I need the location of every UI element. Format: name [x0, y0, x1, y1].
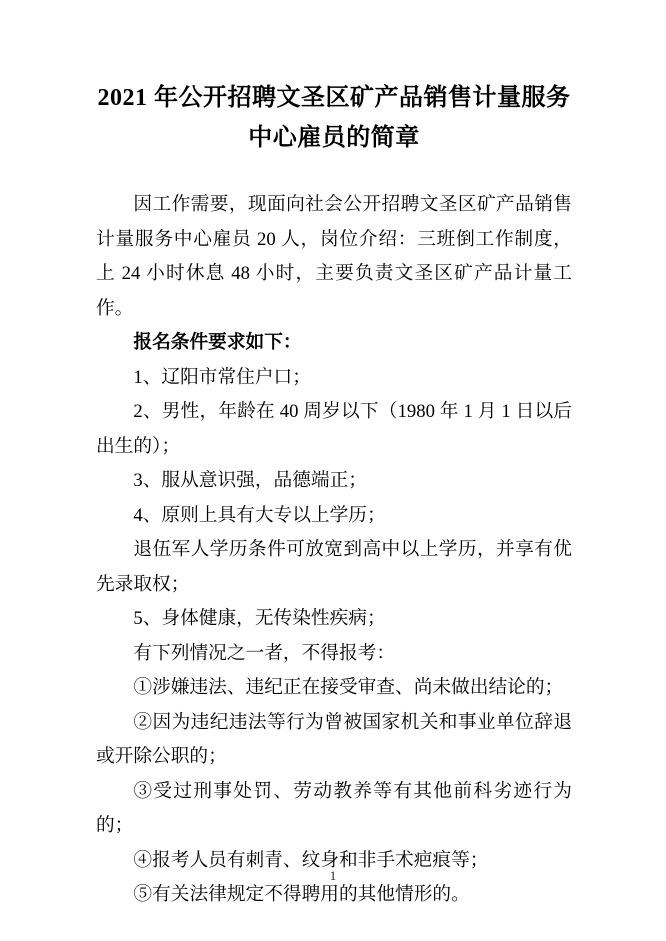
paragraph-exclusion-1: ①涉嫌违法、违纪正在接受审查、尚未做出结论的； [96, 671, 572, 706]
paragraph-exclusion-2: ②因为违纪违法等行为曾被国家机关和事业单位辞退或开除公职的； [96, 706, 572, 775]
paragraph-intro: 因工作需要，现面向社会公开招聘文圣区矿产品销售计量服务中心雇员 20 人，岗位介… [96, 188, 572, 326]
paragraph-condition-1: 1、辽阳市常住户口； [96, 361, 572, 396]
document-content: 2021 年公开招聘文圣区矿产品销售计量服务中心雇员的简章 因工作需要，现面向社… [96, 78, 572, 913]
paragraph-requirements-heading: 报名条件要求如下： [96, 326, 572, 361]
paragraph-condition-2: 2、男性，年龄在 40 周岁以下（1980 年 1 月 1 日以后出生的）； [96, 395, 572, 464]
paragraph-veteran-note: 退伍军人学历条件可放宽到高中以上学历，并享有优先录取权； [96, 533, 572, 602]
page-number: 1 [0, 868, 666, 884]
paragraph-condition-4: 4、原则上具有大专以上学历； [96, 499, 572, 534]
paragraph-exclusion-3: ③受过刑事处罚、劳动教养等有其他前科劣迹行为的； [96, 775, 572, 844]
paragraph-exclusions-heading: 有下列情况之一者，不得报考： [96, 637, 572, 672]
document-page: 2021 年公开招聘文圣区矿产品销售计量服务中心雇员的简章 因工作需要，现面向社… [0, 0, 666, 941]
page-title: 2021 年公开招聘文圣区矿产品销售计量服务中心雇员的简章 [96, 78, 572, 158]
paragraph-condition-3: 3、服从意识强，品德端正； [96, 464, 572, 499]
paragraph-condition-5: 5、身体健康，无传染性疾病； [96, 602, 572, 637]
